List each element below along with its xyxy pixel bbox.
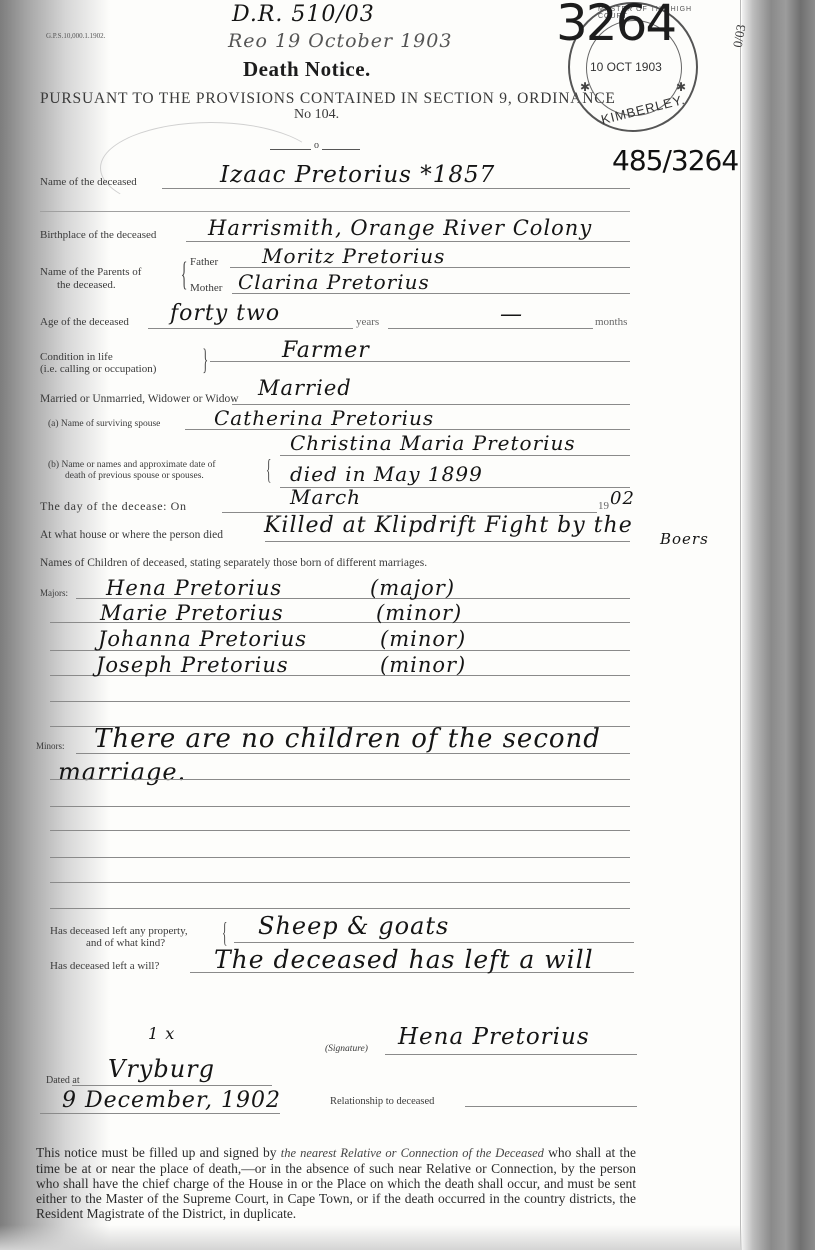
condition-underline [210,361,630,362]
rule [40,211,630,212]
child-status: (major) [370,576,455,600]
previous-spouse-label-2: death of previous spouse or spouses. [65,471,204,481]
age-months-value: — [500,302,523,327]
age-years-value: forty two [170,301,280,326]
property-label-2: and of what kind? [86,937,165,949]
name-label: Name of the deceased [40,176,137,188]
relationship-underline [465,1106,637,1107]
rule [50,857,630,858]
previous-spouse-underline-1 [280,455,630,456]
place-of-death-label: At what house or where the person died [40,529,223,541]
spouse-value: Catherina Pretorius [214,406,434,430]
birthplace-label: Birthplace of the deceased [40,229,156,241]
dated-date-underline [40,1113,280,1114]
child-name: Hena Pretorius [106,576,282,600]
parents-label: Name of the Parents of [40,266,141,278]
handwritten-ref-received: Reo 19 October 1903 [228,30,452,52]
age-years-underline [148,328,353,329]
rule [50,806,630,807]
property-value: Sheep & goats [258,912,449,940]
place-of-death-underline [265,541,630,542]
signature-value: Hena Pretorius [398,1024,590,1050]
footnote-emphasis: the nearest Relative or Connection of th… [281,1146,544,1160]
months-label: months [595,316,627,328]
dated-date-value: 9 December, 1902 [62,1088,281,1113]
will-label: Has deceased left a will? [50,960,159,972]
scan-shadow-bottom [0,1225,742,1250]
rule [50,830,630,831]
ordinance-number: No 104. [294,107,339,123]
previous-spouse-label: (b) Name or names and approximate date o… [48,460,216,470]
age-label: Age of the deceased [40,316,129,328]
marital-value: Married [258,376,352,400]
mother-value: Clarina Pretorius [238,270,430,294]
birthplace-value: Harrismith, Orange River Colony [208,216,592,240]
minors-value-line2: marriage. [58,758,186,786]
minors-value-line1: There are no children of the second [94,724,601,754]
brace: { [181,256,188,294]
father-value: Moritz Pretorius [262,244,445,268]
condition-label: Condition in life [40,351,113,363]
majors-label: Majors: [40,588,68,598]
marital-underline [232,404,630,405]
file-number-large: 3264 [556,0,675,52]
name-value: Izaac Pretorius *1857 [220,162,495,188]
child-status: (minor) [380,653,466,677]
brace: } [202,343,208,377]
footnote-text: This notice must be filled up and signed… [36,1145,281,1160]
will-value: The deceased has left a will [214,945,594,974]
father-label: Father [190,256,218,268]
page-edge [740,0,741,1250]
name-underline [162,188,630,189]
rule [50,779,630,780]
property-label: Has deceased left any property, [50,925,188,937]
dated-place-underline [72,1085,272,1086]
divider-mark: o [311,140,322,151]
previous-spouse-name: Christina Maria Pretorius [290,431,576,455]
children-label: Names of Children of deceased, stating s… [40,557,427,569]
condition-label-2: (i.e. calling or occupation) [40,363,156,375]
child-name: Marie Pretorius [100,601,284,625]
rule [50,908,630,909]
previous-spouse-death: died in May 1899 [290,462,483,486]
decease-date-label: The day of the decease: On [40,499,187,514]
property-underline [234,942,634,943]
marital-label: Married or Unmarried, Widower or Widow [40,393,239,405]
file-number: 485/3264 [612,144,738,177]
place-of-death-value: Killed at Klipdrift Fight by the [264,513,633,538]
subtitle: PURSUANT TO THE PROVISIONS CONTAINED IN … [40,90,616,108]
print-reference: G.P.S.10,000.1.1902. [46,32,105,40]
rule [50,701,630,702]
footnote: This notice must be filled up and signed… [36,1145,636,1221]
signature-label: (Signature) [325,1044,368,1054]
decease-month-value: March [290,485,361,509]
years-label: years [356,316,379,328]
decease-year-value: 02 [610,488,635,509]
brace: { [266,455,271,487]
spouse-label: (a) Name of surviving spouse [48,419,160,429]
child-name: Joseph Pretorius [96,653,289,677]
scan-binding-fold [742,0,815,1250]
minors-label: Minors: [36,741,65,751]
page-title: Death Notice. [243,57,371,82]
child-status: (minor) [380,627,466,651]
parents-label-2: the deceased. [57,279,116,291]
stamp-star-icon: ✱ [580,80,590,95]
mother-label: Mother [190,282,222,294]
child-name: Johanna Pretorius [98,627,307,651]
birthplace-underline [186,241,630,242]
child-status: (minor) [376,601,462,625]
handwritten-ref-dr: D.R. 510/03 [232,2,375,27]
stamp-date: 10 OCT 1903 [590,60,662,74]
rule [50,882,630,883]
age-months-underline [388,328,593,329]
place-of-death-overflow: Boers [660,530,709,548]
decease-year-prefix: 19 [598,500,609,512]
signature-underline [385,1054,637,1055]
dated-place-value: Vryburg [108,1055,215,1083]
condition-value: Farmer [282,338,370,363]
relationship-label: Relationship to deceased [330,1096,434,1107]
handwritten-marks: 1 x [148,1024,175,1043]
